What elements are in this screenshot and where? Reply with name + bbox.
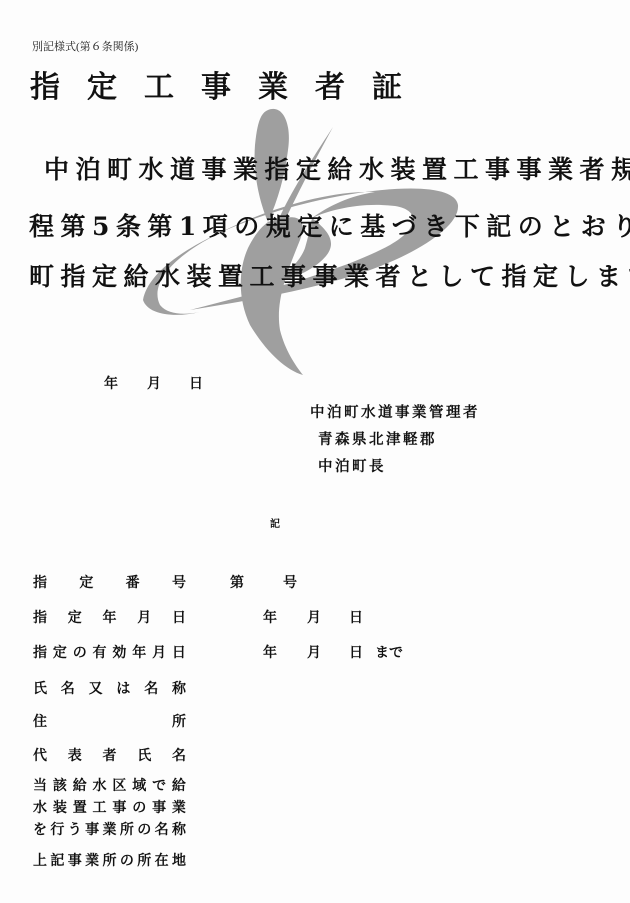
field-value-year: 年 [263,607,277,627]
label-char: 住 [33,711,47,731]
field-value-day: 日 [349,607,363,627]
body-text-line-1: 中泊町水道事業指定給水装置工事事業者規 [44,155,630,185]
body-text-line-2: 程第5条第1項の規定に基づき下記のとおり中泊 [29,212,630,242]
field-value-dai: 第 [230,572,244,592]
label-char: 号 [172,572,186,592]
label-char: で [152,775,166,797]
label-char: を [33,819,47,841]
form-note: 別記様式(第６条関係) [32,38,138,54]
issue-date-year: 年 [104,373,118,393]
label-char: 又 [89,678,103,698]
field-label-valid-until: 指 定 の 有 効 年 月 日 [33,642,186,662]
field-label-office-location: 上 記 事 業 所 の 所 在 地 [33,850,186,870]
field-value-until: まで [375,642,403,662]
title-char: 証 [372,70,402,106]
title-char: 事 [201,70,231,106]
title-char: 者 [315,70,345,106]
body-text-line-3: 町指定給水装置工事事業者として指定します。 [29,262,630,292]
label-char: 水 [93,775,107,797]
title-char: 指 [30,70,60,106]
label-char: 表 [68,745,82,765]
label-char: の [132,797,146,819]
label-char: 装 [53,797,67,819]
label-char: 名 [144,678,158,698]
label-char: 年 [103,607,117,627]
label-char: 定 [68,607,82,627]
page-title: 指 定 工 事 業 者 証 [30,70,429,106]
label-char: 番 [126,572,140,592]
label-char: 名 [172,745,186,765]
field-value-year: 年 [263,642,277,662]
label-char: の [120,850,134,870]
field-value-month: 月 [307,642,321,662]
issue-date-day: 日 [189,373,203,393]
field-value-month: 月 [307,607,321,627]
title-char: 定 [87,70,117,106]
label-char: 日 [172,642,186,662]
title-char: 業 [258,70,288,106]
issuer-name: 中泊町長 [318,455,386,476]
label-char: 在 [155,850,169,870]
label-char: は [116,678,130,698]
label-char: 業 [85,850,99,870]
label-char: 所 [172,711,186,731]
label-char: 定 [79,572,93,592]
label-char: 地 [172,850,186,870]
label-char: 業 [172,797,186,819]
label-char: 称 [172,678,186,698]
label-char: 給 [172,775,186,797]
issue-date-month: 月 [147,373,161,393]
label-char: 水 [33,797,47,819]
label-line: 水 装 置 工 事 の 事 業 [33,797,186,819]
label-char: 当 [33,775,47,797]
label-char: 月 [137,607,151,627]
label-char: 事 [68,850,82,870]
field-value-go: 号 [283,572,297,592]
label-char: 者 [103,745,117,765]
label-char: 業 [103,819,117,841]
label-char: 記 [50,850,64,870]
label-char: 定 [53,642,67,662]
label-char: 該 [53,775,67,797]
label-char: 置 [73,797,87,819]
ki-label: 記 [270,515,280,530]
label-char: 指 [33,572,47,592]
town-logo-watermark-icon [0,0,630,903]
field-label-designation-date: 指 定 年 月 日 [33,607,186,627]
label-char: 所 [120,819,134,841]
label-line: 当 該 給 水 区 域 で 給 [33,775,186,797]
label-char: 指 [33,607,47,627]
label-char: 名 [155,819,169,841]
label-char: 給 [73,775,87,797]
label-char: 月 [152,642,166,662]
field-value-day: 日 [349,642,363,662]
label-char: 行 [50,819,64,841]
label-char: 事 [85,819,99,841]
field-label-designation-number: 指 定 番 号 [33,572,186,592]
label-char: の [73,642,87,662]
label-char: 事 [112,797,126,819]
label-char: う [68,819,82,841]
issuer-title: 中泊町水道事業管理者 [310,401,480,422]
label-char: 所 [103,850,117,870]
label-char: 効 [112,642,126,662]
label-char: 所 [137,850,151,870]
label-char: 氏 [33,678,47,698]
label-char: 上 [33,850,47,870]
field-label-address: 住 所 [33,711,186,731]
title-char: 工 [144,70,174,106]
label-char: 域 [132,775,146,797]
label-line: を 行 う 事 業 所 の 名 称 [33,819,186,841]
label-char: 氏 [137,745,151,765]
field-label-office-name: 当 該 給 水 区 域 で 給 水 装 置 工 事 の 事 業 を 行 う 事 … [33,775,186,841]
field-label-representative: 代 表 者 氏 名 [33,745,186,765]
label-char: 工 [93,797,107,819]
label-char: 名 [61,678,75,698]
field-label-name: 氏 名 又 は 名 称 [33,678,186,698]
label-char: 区 [112,775,126,797]
label-char: 称 [172,819,186,841]
label-char: 有 [93,642,107,662]
label-char: 指 [33,642,47,662]
label-char: 事 [152,797,166,819]
issuer-district: 青森県北津軽郡 [318,428,437,449]
label-char: の [137,819,151,841]
label-char: 代 [33,745,47,765]
label-char: 年 [132,642,146,662]
label-char: 日 [172,607,186,627]
